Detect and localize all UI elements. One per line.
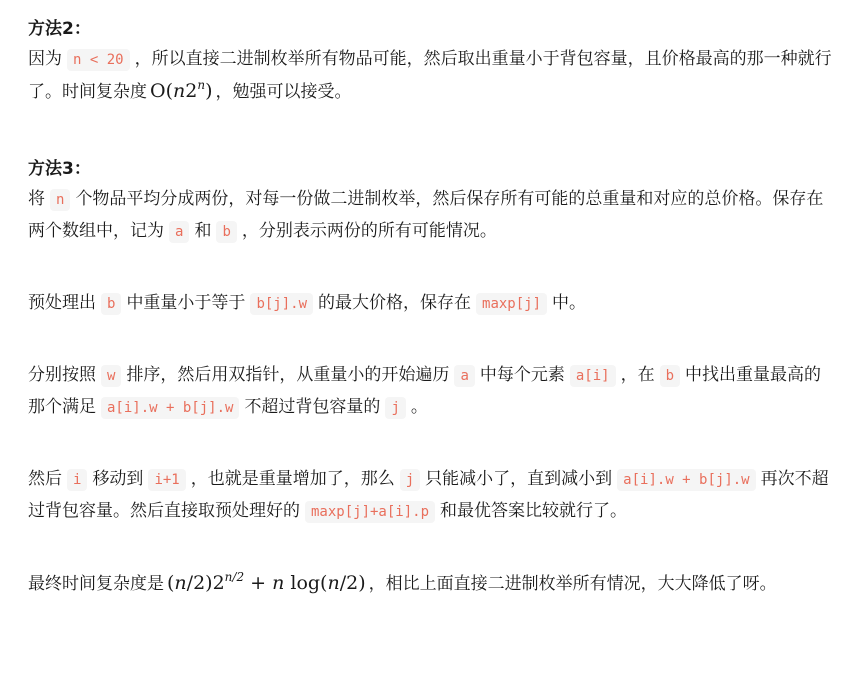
text: 和	[194, 221, 211, 241]
math-complexity: O(n2n)	[150, 80, 213, 102]
math-text: )	[205, 80, 212, 102]
text: 因为	[28, 49, 62, 69]
text: 预处理出	[28, 293, 96, 313]
inline-code: n	[50, 189, 70, 211]
math-var: n	[327, 572, 339, 594]
inline-code: j	[385, 397, 405, 419]
math-text: O(	[150, 80, 173, 102]
text: ，所以直接二进制枚举所有物品可能，然后取出重量小于背包容量，且价格最高的那一种就…	[28, 49, 832, 102]
text: 排序，然后用双指针，从重量小的开始遍历	[126, 365, 449, 385]
math-exponent: n/2	[225, 570, 244, 584]
math-final-complexity: (n/2)2n/2 + n log(n/2)	[167, 572, 366, 594]
method3-heading: 方法3：	[28, 154, 832, 184]
math-exponent: n	[197, 78, 205, 92]
inline-code: a[i].w + b[j].w	[101, 397, 239, 419]
text: 不超过背包容量的	[244, 397, 380, 417]
text: ，在	[621, 365, 655, 385]
text: 中。	[552, 293, 586, 313]
inline-code: b	[101, 293, 121, 315]
method3-paragraph-2: 预处理出b中重量小于等于b[j].w的最大价格，保存在maxp[j]中。	[28, 288, 832, 320]
text: ，分别表示两份的所有可能情况。	[242, 221, 497, 241]
inline-code: j	[400, 469, 420, 491]
inline-code: maxp[j]	[476, 293, 547, 315]
text: ，相比上面直接二进制枚举所有情况，大大降低了呀。	[369, 574, 777, 594]
inline-code: i+1	[148, 469, 185, 491]
math-text: /2)2	[187, 572, 225, 594]
math-var: n	[272, 572, 284, 594]
inline-code: a	[454, 365, 474, 387]
text: 的最大价格，保存在	[318, 293, 471, 313]
inline-code: a	[169, 221, 189, 243]
text: 。	[411, 397, 428, 417]
method2-heading: 方法2：	[28, 14, 832, 44]
method3-paragraph-1: 将n个物品平均分成两份，对每一份做二进制枚举，然后保存所有可能的总重量和对应的总…	[28, 184, 832, 248]
text: ，也就是重量增加了，那么	[191, 469, 395, 489]
inline-code: b	[216, 221, 236, 243]
text: 中重量小于等于	[126, 293, 245, 313]
text: 移动到	[92, 469, 143, 489]
text: 然后	[28, 469, 62, 489]
method3-paragraph-5: 最终时间复杂度是(n/2)2n/2 + n log(n/2)，相比上面直接二进制…	[28, 568, 832, 600]
inline-code: n < 20	[67, 49, 130, 71]
text: 中每个元素	[480, 365, 565, 385]
math-text: /2)	[340, 572, 366, 594]
text: 分别按照	[28, 365, 96, 385]
math-text: 2	[185, 80, 197, 102]
text: 最终时间复杂度是	[28, 574, 164, 594]
article-content: 方法2： 因为n < 20，所以直接二进制枚举所有物品可能，然后取出重量小于背包…	[0, 0, 860, 600]
inline-code: i	[67, 469, 87, 491]
math-text: +	[244, 572, 272, 594]
method2-section: 方法2： 因为n < 20，所以直接二进制枚举所有物品可能，然后取出重量小于背包…	[28, 14, 832, 108]
text: ，勉强可以接受。	[216, 82, 352, 102]
method2-paragraph: 因为n < 20，所以直接二进制枚举所有物品可能，然后取出重量小于背包容量，且价…	[28, 44, 832, 108]
math-text: log(	[284, 572, 327, 594]
text: 和最优答案比较就行了。	[440, 501, 627, 521]
inline-code: a[i]	[570, 365, 616, 387]
inline-code: b	[660, 365, 680, 387]
inline-code: maxp[j]+a[i].p	[305, 501, 435, 523]
method3-section: 方法3： 将n个物品平均分成两份，对每一份做二进制枚举，然后保存所有可能的总重量…	[28, 154, 832, 600]
text: 将	[28, 189, 45, 209]
inline-code: a[i].w + b[j].w	[617, 469, 755, 491]
math-var: n	[174, 572, 186, 594]
method3-paragraph-4: 然后i移动到i+1，也就是重量增加了，那么j只能减小了，直到减小到a[i].w …	[28, 464, 832, 528]
math-var: n	[173, 80, 185, 102]
method3-paragraph-3: 分别按照w排序，然后用双指针，从重量小的开始遍历a中每个元素a[i]，在b中找出…	[28, 360, 832, 424]
inline-code: b[j].w	[250, 293, 313, 315]
text: 只能减小了，直到减小到	[425, 469, 612, 489]
inline-code: w	[101, 365, 121, 387]
